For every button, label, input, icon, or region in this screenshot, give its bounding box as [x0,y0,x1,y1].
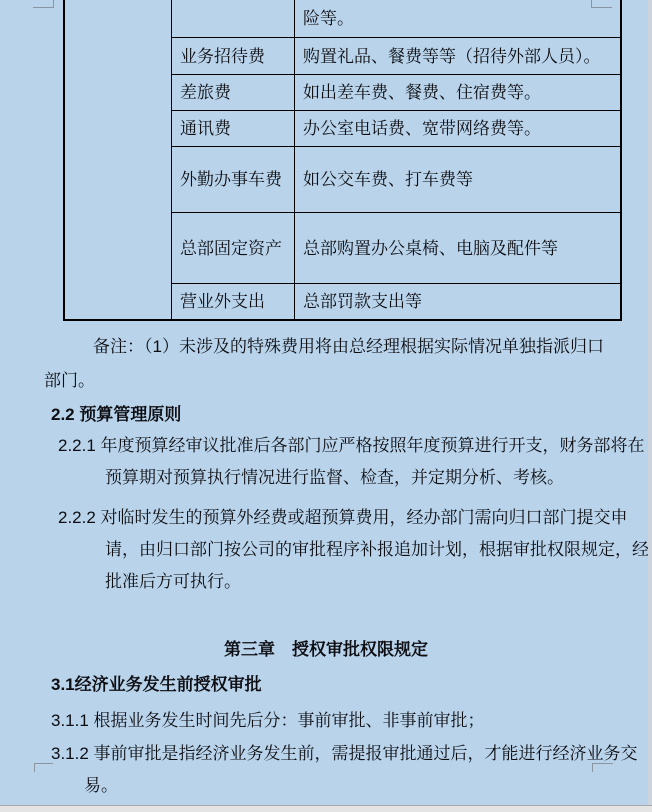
table-cell-merged-left [64,0,172,320]
table-cell-category: 外勤办事车费 [172,147,295,213]
margin-marker-bottom-left [34,763,53,772]
table-cell-description: 总部购置办公桌椅、电脑及配件等 [295,213,622,284]
page-right-edge [648,0,652,805]
clause-text: 对临时发生的预算外经费或超预算费用，经办部门需向归口部门提交申请，由归口部门按公… [101,508,649,591]
table-cell-category [172,0,295,38]
clause-2-2-1: 2.2.1 年度预算经审议批准后各部门应严格按照年度预算进行开支，财务部将在预算… [58,430,652,494]
clause-number: 2.2.1 [58,436,96,455]
table-cell-category: 业务招待费 [172,38,295,75]
table-cell-description: 如出差车费、餐费、住宿费等。 [295,75,622,111]
expense-categories-table: 险等。 业务招待费 购置礼品、餐费等等（招待外部人员）。 差旅费 如出差车费、餐… [63,0,622,321]
margin-marker-top-right [591,0,612,8]
clause-number: 2.2.2 [58,508,96,527]
table-cell-description: 如公交车费、打车费等 [295,147,622,213]
clause-text: 根据业务发生时间先后分：事前审批、非事前审批； [94,711,485,730]
clause-number: 3.1.1 [51,711,89,730]
table-row: 险等。 [64,0,621,38]
table-cell-category: 差旅费 [172,75,295,111]
clause-number: 3.1.2 [51,744,89,763]
margin-marker-bottom-right [592,763,613,772]
note-paragraph: 备注：（1）未涉及的特殊费用将由总经理根据实际情况单独指派归口部门。 [44,330,611,398]
clause-3-1-2: 3.1.2 事前审批是指经济业务发生前，需提报审批通过后，才能进行经济业务交易。 [51,738,644,802]
section-heading-2-2: 2.2 预算管理原则 [51,402,652,428]
chapter-heading: 第三章 授权审批权限规定 [0,636,652,664]
clause-3-1-1: 3.1.1 根据业务发生时间先后分：事前审批、非事前审批； [51,705,611,737]
table-cell-category: 总部固定资产 [172,213,295,284]
table-cell-category: 营业外支出 [172,284,295,321]
document-page: 险等。 业务招待费 购置礼品、餐费等等（招待外部人员）。 差旅费 如出差车费、餐… [0,0,652,805]
clause-text: 年度预算经审议批准后各部门应严格按照年度预算进行开支，财务部将在预算期对预算执行… [101,436,645,487]
clause-text: 事前审批是指经济业务发生前，需提报审批通过后，才能进行经济业务交易。 [84,744,638,795]
margin-marker-top-left [33,0,54,8]
section-heading-3-1: 3.1经济业务发生前授权审批 [51,671,652,699]
table-cell-description: 办公室电话费、宽带网络费等。 [295,111,622,147]
page-gap [0,805,652,812]
table-cell-description: 总部罚款支出等 [295,284,622,321]
table-cell-description: 购置礼品、餐费等等（招待外部人员）。 [295,38,622,75]
table-cell-description: 险等。 [295,0,622,38]
table-cell-category: 通讯费 [172,111,295,147]
clause-2-2-2: 2.2.2 对临时发生的预算外经费或超预算费用，经办部门需向归口部门提交申请，由… [58,502,652,598]
